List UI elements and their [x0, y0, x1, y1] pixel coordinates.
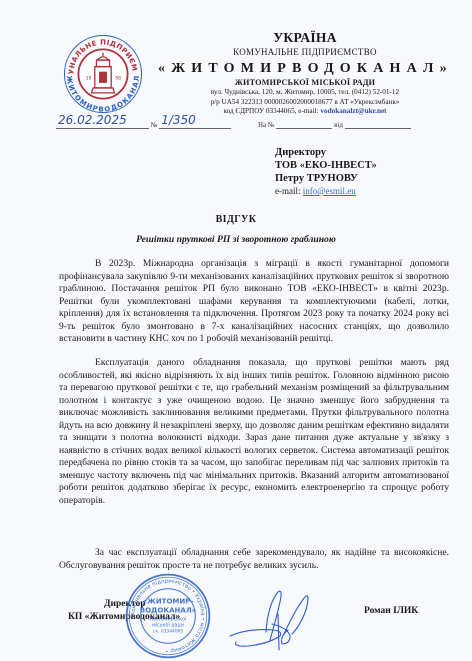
document-title: ВІДГУК — [0, 214, 472, 225]
svg-text:ВОДОКАНАЛ»: ВОДОКАНАЛ» — [140, 605, 196, 614]
company-logo-icon: КОМУНАЛЬНЕ ПІДПРИЄМСТВО ЖИТОМИРВОДОКАНАЛ… — [62, 33, 144, 115]
letterhead: УКРАЇНА КОМУНАЛЬНЕ ПІДПРИЄМСТВО «ЖИТОМИР… — [158, 30, 452, 117]
paragraph: В 2023р. Міжнародна організація з міграц… — [59, 258, 449, 346]
letter-page: КОМУНАЛЬНЕ ПІДПРИЄМСТВО ЖИТОМИРВОДОКАНАЛ… — [0, 0, 472, 661]
svg-text:18: 18 — [86, 76, 92, 82]
addressee-position: Директору — [275, 146, 377, 159]
city-council: ЖИТОМИРСЬКОЇ МІСЬКОЇ РАДИ — [158, 77, 452, 88]
date-field: 26.02.2025 — [56, 116, 149, 129]
company-email-link[interactable]: vodokanalzt@ukr.net — [320, 107, 386, 115]
addressee-block: Директору ТОВ «ЕКО-ІНВЕСТ» Петру ТРУНОВУ… — [275, 146, 377, 198]
svg-text:міської ради: міської ради — [152, 623, 184, 629]
addressee-name: Петру ТРУНОВУ — [275, 172, 377, 185]
from-label: від — [334, 121, 343, 129]
addressee-email-line: e-mail: info@esmil.eu — [275, 185, 377, 198]
paragraph: За час експлуатації обладнання себе заре… — [59, 547, 449, 572]
enterprise-type: КОМУНАЛЬНЕ ПІДПРИЄМСТВО — [158, 46, 452, 59]
addressee-email-link[interactable]: info@esmil.eu — [303, 186, 356, 196]
bank-details: р/р UA54 322313 0000026002000018677 в АТ… — [158, 98, 452, 108]
document-subtitle: Решітки пруткові РП зі зворотною граблин… — [0, 234, 472, 245]
svg-text:Житомирської: Житомирської — [150, 616, 187, 622]
svg-text:і.к. 03344065: і.к. 03344065 — [153, 629, 184, 635]
svg-text:98: 98 — [115, 76, 121, 82]
signatory-name: Роман ІЛИК — [364, 606, 418, 616]
svg-text:«ЖИТОМИР-: «ЖИТОМИР- — [143, 597, 194, 606]
handwritten-number: 1/350 — [161, 113, 196, 127]
handwritten-signature-icon — [228, 584, 333, 654]
country-name: УКРАЇНА — [158, 30, 452, 46]
ref-number-field — [276, 116, 332, 129]
organization-name: «ЖИТОМИРВОДОКАНАЛ» — [158, 60, 452, 77]
incoming-reference: На № від — [258, 116, 411, 129]
paragraph: Експлуатація даного обладнання показала,… — [59, 357, 449, 507]
outgoing-registration: 26.02.2025 № 1/350 — [56, 116, 231, 129]
edrpou-code: код ЄДРПОУ 03344065, e-mail: — [223, 107, 320, 115]
email-label: e-mail: — [275, 186, 303, 196]
number-label: № — [151, 121, 158, 129]
number-field: 1/350 — [159, 116, 231, 129]
svg-text:Комунальне підприємство • Укра: Комунальне підприємство • Україна • міст… — [131, 578, 206, 653]
address-line: вул. Чуднівська, 120, м. Житомир, 10005,… — [158, 88, 452, 98]
ref-label: На № — [258, 121, 275, 129]
addressee-company: ТОВ «ЕКО-ІНВЕСТ» — [275, 159, 377, 172]
ref-date-field — [345, 116, 411, 129]
official-stamp-icon: Комунальне підприємство • Україна • міст… — [124, 572, 212, 660]
handwritten-date: 26.02.2025 — [58, 113, 127, 127]
